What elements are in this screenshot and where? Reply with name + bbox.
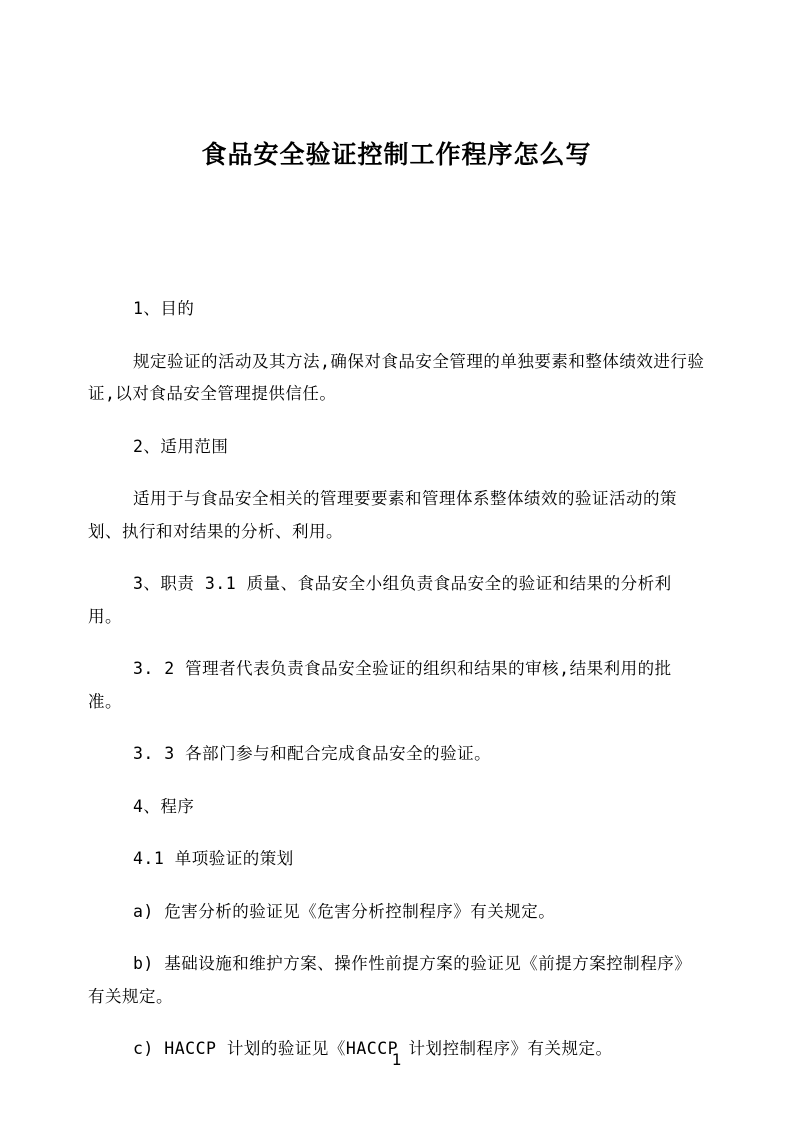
paragraph: 2、适用范围 (88, 431, 705, 464)
page-footer: 1 (0, 1048, 793, 1072)
paragraph: a) 危害分析的验证见《危害分析控制程序》有关规定。 (88, 896, 705, 929)
paragraph: 3. 3 各部门参与和配合完成食品安全的验证。 (88, 738, 705, 771)
paragraph: 3. 2 管理者代表负责食品安全验证的组织和结果的审核,结果利用的批准。 (88, 653, 705, 718)
document-title: 食品安全验证控制工作程序怎么写 (0, 0, 793, 171)
paragraph: 4、程序 (88, 791, 705, 824)
document-page: 食品安全验证控制工作程序怎么写 1、目的规定验证的活动及其方法,确保对食品安全管… (0, 0, 793, 1122)
paragraph: 1、目的 (88, 293, 705, 326)
paragraph: 4.1 单项验证的策划 (88, 843, 705, 876)
paragraph: 3、职责 3.1 质量、食品安全小组负责食品安全的验证和结果的分析利用。 (88, 568, 705, 633)
paragraph: 规定验证的活动及其方法,确保对食品安全管理的单独要素和整体绩效进行验证,以对食品… (88, 346, 705, 411)
paragraph: b) 基础设施和维护方案、操作性前提方案的验证见《前提方案控制程序》有关规定。 (88, 948, 705, 1013)
document-body: 1、目的规定验证的活动及其方法,确保对食品安全管理的单独要素和整体绩效进行验证,… (88, 293, 705, 1066)
paragraph: 适用于与食品安全相关的管理要要素和管理体系整体绩效的验证活动的策划、执行和对结果… (88, 483, 705, 548)
page-number: 1 (392, 1050, 402, 1069)
